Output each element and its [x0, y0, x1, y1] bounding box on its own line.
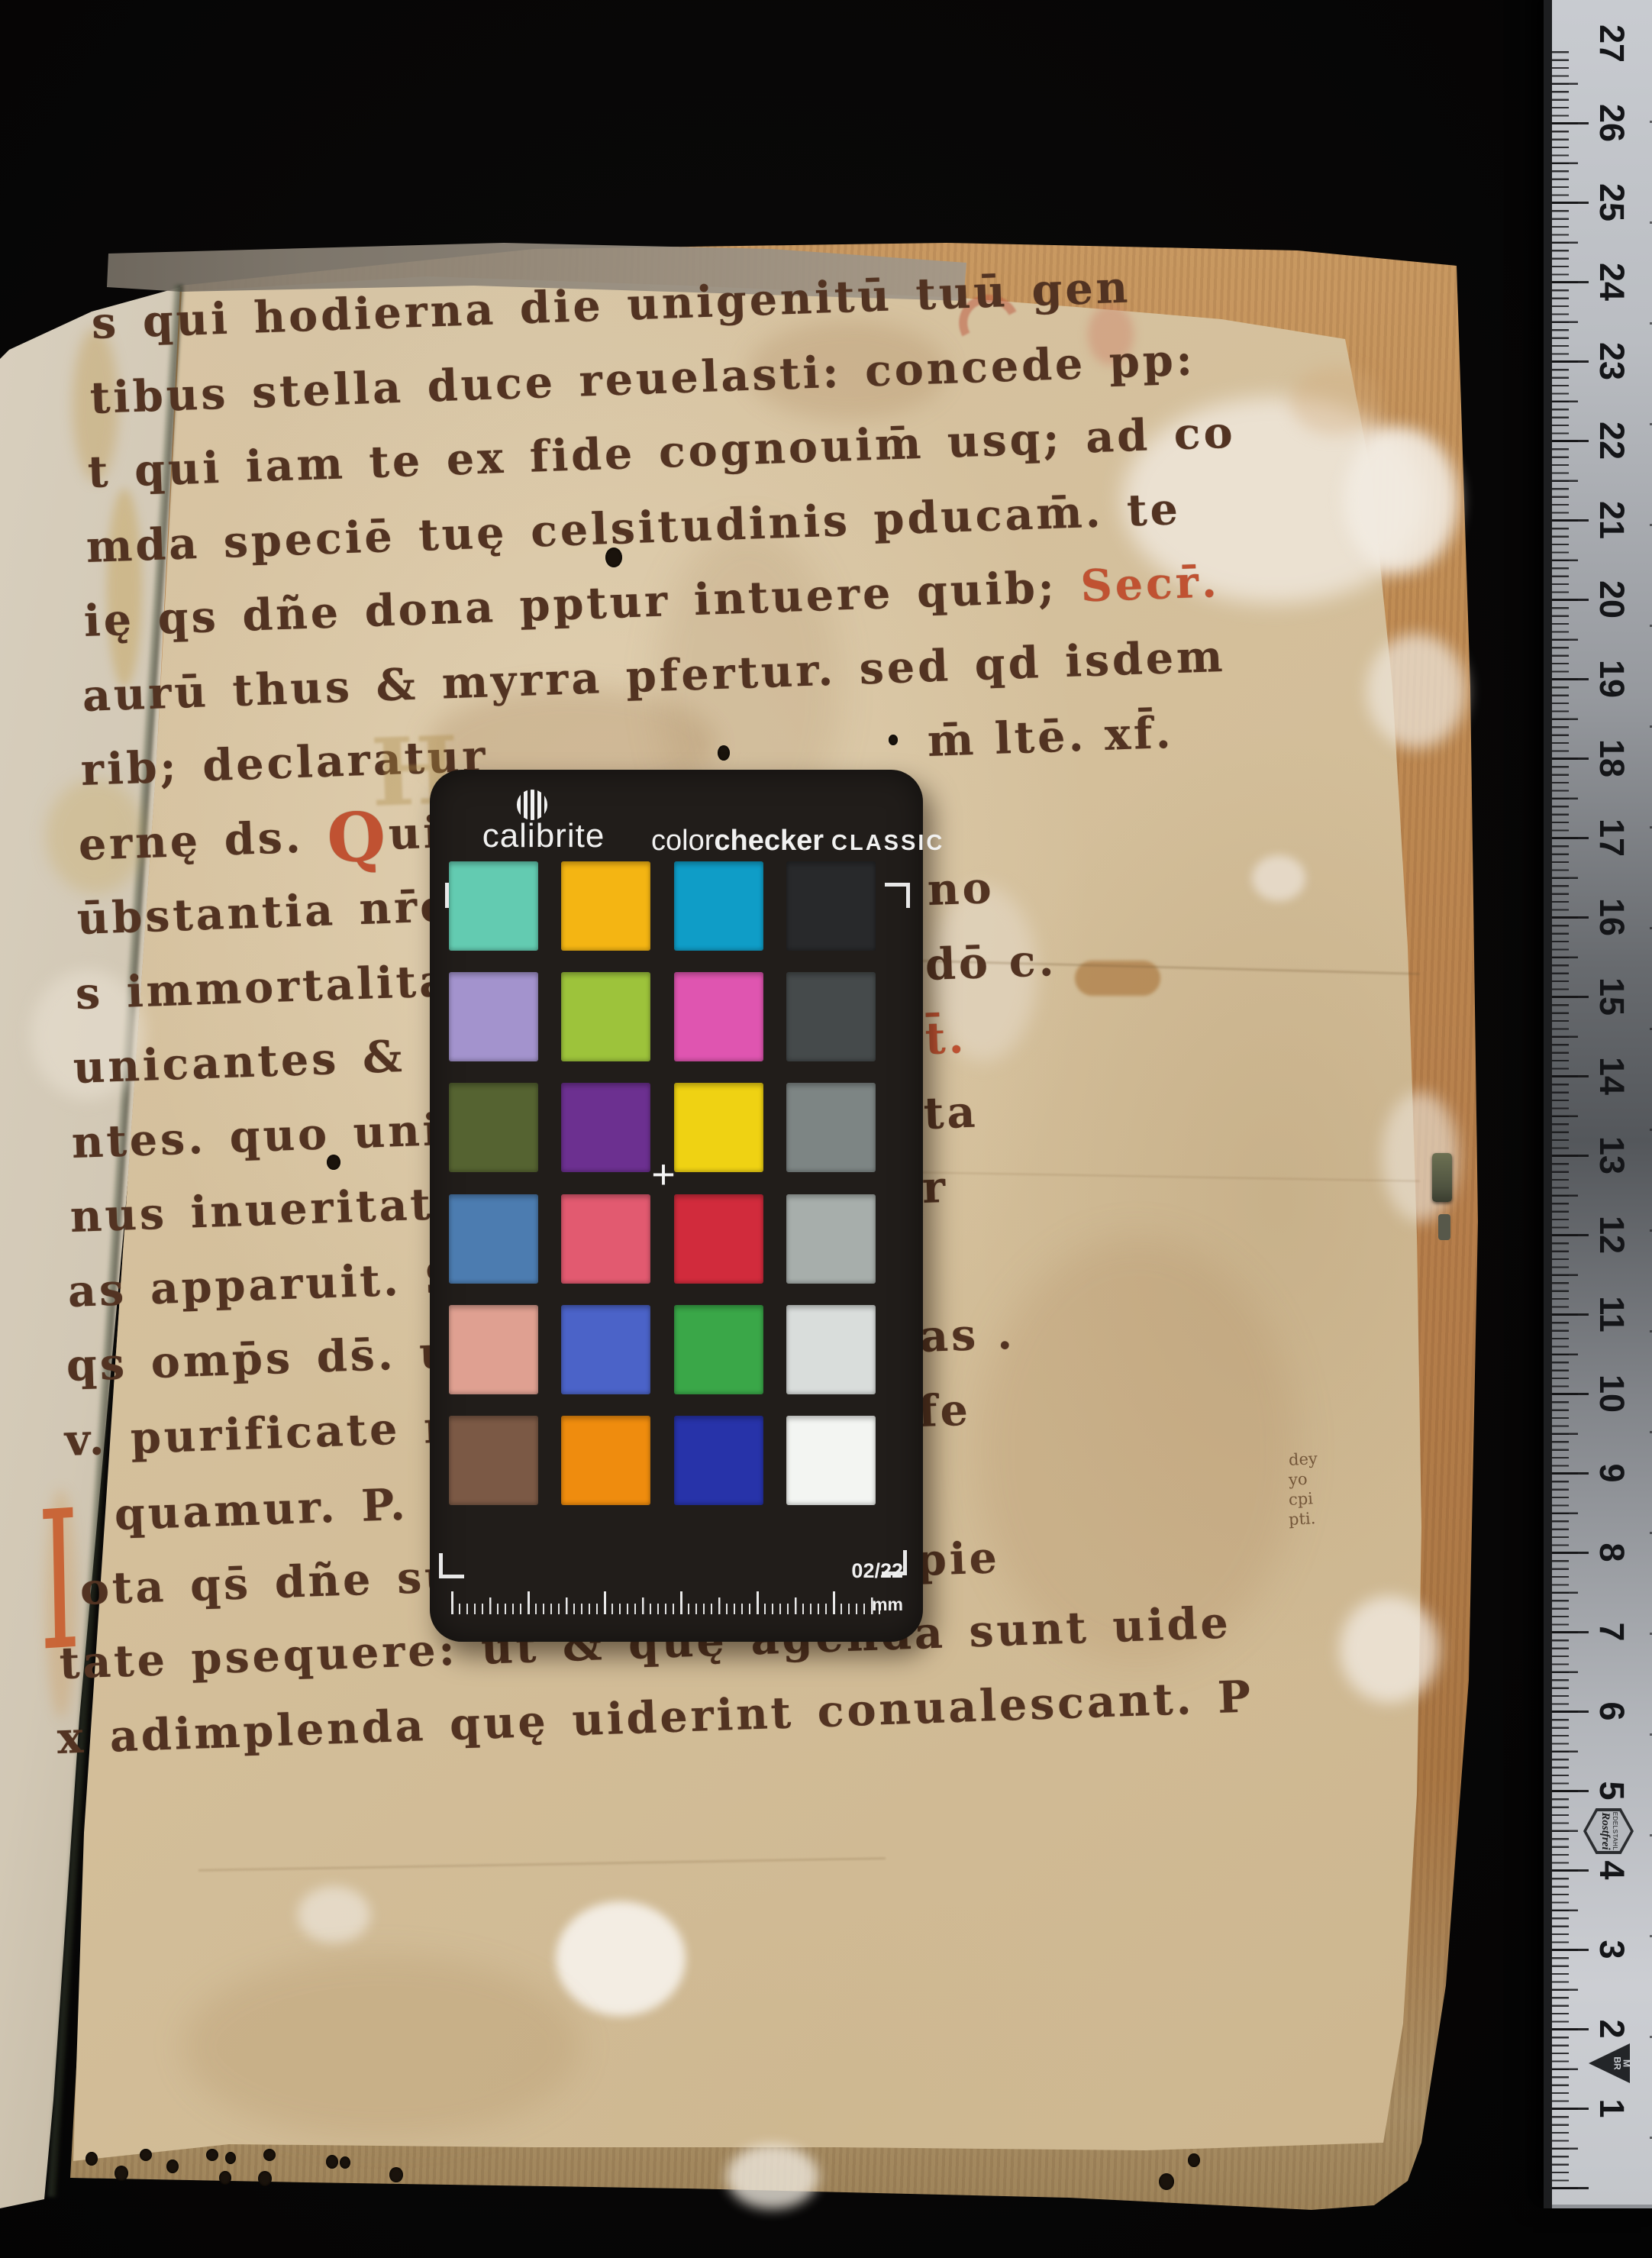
badge-tri-line2: BR: [1612, 2056, 1622, 2069]
damage-patch: [1344, 428, 1458, 573]
ruler-number: 19: [1593, 659, 1630, 699]
wormhole: [263, 2149, 276, 2161]
book-clasp-pin: [1438, 1214, 1450, 1240]
ruler-number: 3: [1593, 1930, 1630, 1969]
ochre-streak: [107, 489, 142, 687]
color-patch-r6c1: [449, 1416, 538, 1505]
damage-patch: [1252, 855, 1305, 901]
line-text: ernę ds.: [78, 811, 328, 871]
illuminated-initial: I: [37, 1485, 82, 1678]
registration-bracket: [439, 1553, 464, 1578]
ruler-number: 13: [1593, 1135, 1630, 1175]
ruler-number: 12: [1593, 1215, 1630, 1255]
wormhole: [86, 2152, 98, 2166]
color-patch-r2c3: [674, 972, 763, 1061]
color-patch-r2c4: [786, 972, 876, 1061]
product-bold: checker: [714, 825, 824, 857]
color-patch-r5c1: [449, 1305, 538, 1394]
wormhole: [225, 2152, 236, 2164]
product-light: color: [651, 825, 714, 857]
steel-ruler: 1234567891011121314151617181920212223242…: [1544, 0, 1652, 2208]
wormhole: [389, 2167, 403, 2182]
manuscript-line-fragment: no: [927, 862, 995, 916]
damage-patch: [1340, 1596, 1439, 1703]
wormhole: [326, 2155, 338, 2169]
color-patch-r1c1: [449, 861, 538, 951]
color-patch-r3c1: [449, 1083, 538, 1172]
wormhole: [219, 2171, 231, 2185]
color-patch-r3c2: [561, 1083, 650, 1172]
wormhole: [206, 2149, 218, 2161]
manuscript-line-fragment: pie: [915, 1532, 1001, 1586]
ruler-cm-ticks: [1552, 51, 1589, 2189]
marginal-gloss: deyyocpipti.: [1289, 1449, 1318, 1529]
ruler-number: 2: [1593, 2009, 1630, 2049]
card-mm-label: mm: [811, 1594, 903, 1615]
ruler-number: 1: [1593, 2088, 1630, 2128]
wormhole: [115, 2166, 128, 2181]
ruler-number: 21: [1593, 500, 1630, 540]
manuscript-line-fragment: fe: [918, 1384, 972, 1437]
color-patch-r1c2: [561, 861, 650, 951]
wormhole: [340, 2156, 350, 2169]
ruler-number: 14: [1593, 1056, 1630, 1096]
wormhole: [605, 548, 622, 567]
mbr-badge-icon: M BR: [1589, 2043, 1630, 2083]
ruler-number: 15: [1593, 977, 1630, 1016]
wormhole: [327, 1155, 340, 1170]
ruler-number: 4: [1593, 1850, 1630, 1890]
colorchecker-card: calibrite colorcheckerCLASSIC + 02/22 mm: [430, 770, 923, 1642]
color-patch-r6c2: [561, 1416, 650, 1505]
damage-patch: [298, 1886, 370, 1943]
ruler-number: 16: [1593, 897, 1630, 937]
damage-patch: [727, 2144, 818, 2209]
color-patch-r1c4: [786, 861, 876, 951]
product-variant: CLASSIC: [831, 831, 944, 855]
ruler-number: 10: [1593, 1374, 1630, 1413]
ruler-number: 23: [1593, 341, 1630, 381]
marginal-gloss-line: pti.: [1288, 1508, 1318, 1530]
ruler-number: 18: [1593, 738, 1630, 778]
book-clasp: [1432, 1153, 1452, 1202]
color-patch-r5c3: [674, 1305, 763, 1394]
ruler-number: 9: [1593, 1453, 1630, 1493]
color-patch-r3c3: [674, 1083, 763, 1172]
ruler-number: 27: [1593, 24, 1630, 63]
card-brand-label: calibrite: [456, 817, 631, 855]
rostfrei-badge-icon: EDELSTAHL Rostfrei: [1583, 1808, 1634, 1854]
ruler-number: 17: [1593, 818, 1630, 858]
ruler-number: 26: [1593, 103, 1630, 143]
color-patch-r2c2: [561, 972, 650, 1061]
registration-bracket: [885, 883, 910, 908]
badge-hex-line2: Rostfrei: [1599, 1812, 1612, 1849]
ruler-number: 6: [1593, 1691, 1630, 1731]
color-patch-r1c3: [674, 861, 763, 951]
marginal-gloss-line: yo: [1288, 1468, 1318, 1490]
color-patch-r6c3: [674, 1416, 763, 1505]
marginal-gloss-line: cpi: [1288, 1488, 1318, 1510]
water-stain: [183, 1955, 580, 2138]
color-patch-r4c3: [674, 1194, 763, 1284]
wormhole: [258, 2171, 272, 2186]
pink-stain: [1290, 367, 1382, 435]
card-batch-label: 02/22: [766, 1559, 903, 1583]
ruler-number: 22: [1593, 421, 1630, 460]
wormhole: [140, 2149, 152, 2161]
color-patch-r4c4: [786, 1194, 876, 1284]
manuscript-line-fragment: m̄ ltē. xf̄.: [927, 707, 1175, 767]
wormhole: [1188, 2153, 1200, 2167]
color-patch-r5c2: [561, 1305, 650, 1394]
manuscript-line-fragment: dō c.: [924, 935, 1058, 990]
badge-hex-line1: EDELSTAHL: [1612, 1812, 1618, 1851]
manuscript-line-fragment: r: [921, 1161, 949, 1213]
ruler-number: 5: [1593, 1771, 1630, 1811]
card-product-label: colorcheckerCLASSIC: [651, 825, 906, 858]
color-patch-r4c1: [449, 1194, 538, 1284]
color-patch-r5c4: [786, 1305, 876, 1394]
ruler-number: 24: [1593, 262, 1630, 302]
rubric-text: Secr̄.: [1079, 556, 1220, 612]
color-patch-r4c2: [561, 1194, 650, 1284]
wormhole: [166, 2159, 179, 2173]
wormhole: [718, 745, 730, 761]
ruler-number: 8: [1593, 1533, 1630, 1572]
manuscript-line-fragment: t̄.: [924, 1012, 967, 1064]
damage-patch: [556, 1901, 686, 2016]
ruler-number: 7: [1593, 1612, 1630, 1652]
photo-canvas: s qui hodierna die unigenitū tuū gentibu…: [0, 0, 1652, 2258]
center-cross-icon: +: [647, 1158, 680, 1191]
manuscript-line-fragment: ta: [923, 1087, 979, 1139]
ruler-number: 25: [1593, 183, 1630, 222]
marginal-gloss-line: dey: [1288, 1449, 1318, 1470]
color-patch-r6c4: [786, 1416, 876, 1505]
wormhole: [1159, 2173, 1174, 2190]
wormhole: [889, 735, 898, 745]
color-patch-r2c1: [449, 972, 538, 1061]
ruler-number: 11: [1593, 1294, 1630, 1334]
color-patch-r3c4: [786, 1083, 876, 1172]
ruler-number: 20: [1593, 580, 1630, 619]
manuscript-line-fragment: as .: [919, 1308, 1016, 1362]
damage-patch: [1366, 634, 1466, 748]
